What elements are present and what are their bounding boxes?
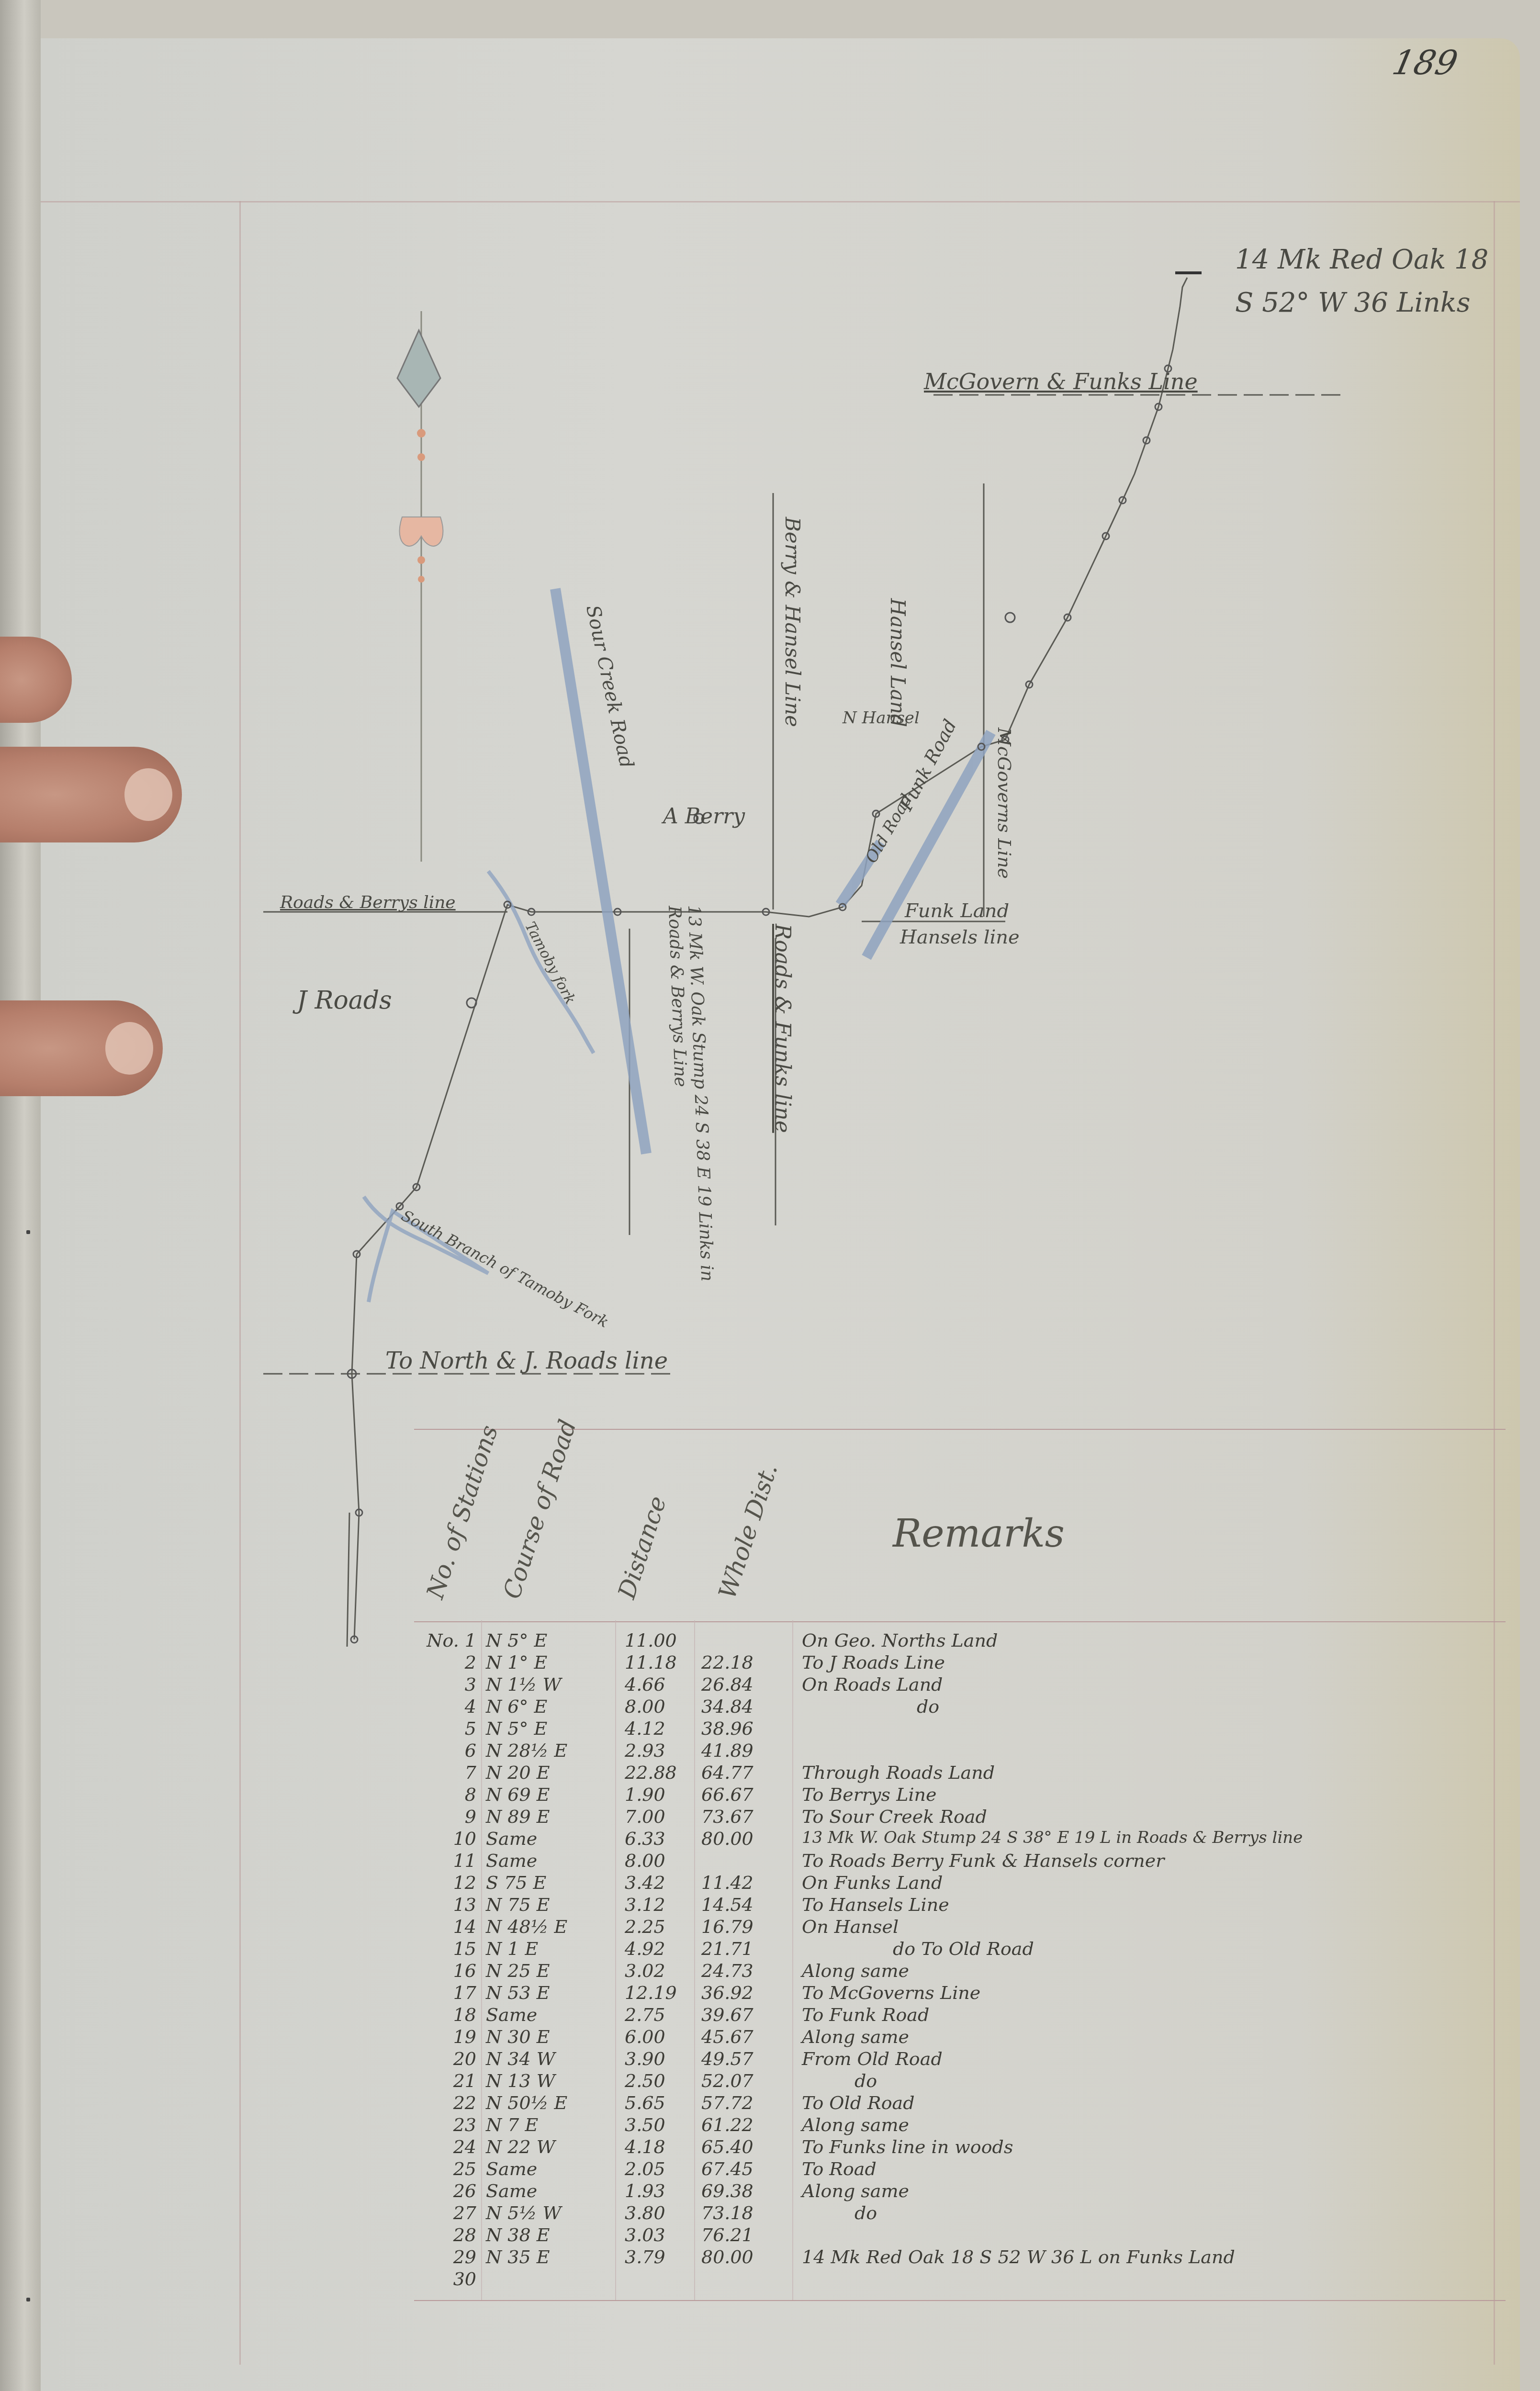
label-hansel-land: Hansel Land (886, 598, 910, 727)
label-n-hansel: N Hansel (843, 708, 920, 728)
table-header: No. of Stations Course of Road Distance … (414, 1429, 1506, 1622)
label-roads-funks-line: Roads & Funks line (770, 924, 795, 1133)
table-row: 6N 28½ E2.9341.89 (414, 1740, 1506, 1762)
table-row: 11Same8.00To Roads Berry Funk & Hansels … (414, 1850, 1506, 1872)
table-row: 27N 5½ W3.8073.18do (414, 2202, 1506, 2224)
table-row: 3N 1½ W4.6626.84On Roads Land (414, 1674, 1506, 1696)
label-mcgovern-line: McGoverns Line (994, 728, 1015, 879)
header-remarks: Remarks (893, 1511, 1065, 1556)
table-row: 29N 35 E3.7980.0014 Mk Red Oak 18 S 52 W… (414, 2246, 1506, 2268)
label-hansels-line: Hansels line (900, 926, 1020, 948)
table-row: 23N 7 E3.5061.22Along same (414, 2114, 1506, 2136)
table-row: 24N 22 W4.1865.40To Funks line in woods (414, 2136, 1506, 2158)
fingernail (105, 1022, 153, 1075)
fingernail (124, 768, 172, 821)
table-body: No. 1N 5° E11.00On Geo. Norths Land 2N 1… (414, 1630, 1506, 2290)
corner-note-line1: 14 Mk Red Oak 18 (1235, 244, 1488, 275)
table-row: 4N 6° E8.0034.84do (414, 1696, 1506, 1718)
table-row: 10Same6.3380.0013 Mk W. Oak Stump 24 S 3… (414, 1828, 1506, 1850)
table-row: 16N 25 E3.0224.73Along same (414, 1960, 1506, 1982)
label-berry-hansel-line: Berry & Hansel Line (781, 517, 804, 727)
compass-rose (397, 330, 443, 583)
header-course: Course of Road (498, 1416, 582, 1602)
table-row: 19N 30 E6.0045.67Along same (414, 2026, 1506, 2048)
label-roads-berry-line: Roads & Berrys line (280, 893, 456, 912)
table-row: No. 1N 5° E11.00On Geo. Norths Land (414, 1630, 1506, 1652)
table-row: 17N 53 E12.1936.92To McGoverns Line (414, 1982, 1506, 2004)
finger (0, 1000, 163, 1096)
table-row: 9N 89 E7.0073.67To Sour Creek Road (414, 1806, 1506, 1828)
table-row: 8N 69 E1.9066.67To Berrys Line (414, 1784, 1506, 1806)
table-row: 12S 75 E3.4211.42On Funks Land (414, 1872, 1506, 1894)
table-row: 15N 1 E4.9221.71do To Old Road (414, 1938, 1506, 1960)
table-row: 13N 75 E3.1214.54To Hansels Line (414, 1894, 1506, 1916)
table-row: 25Same2.0567.45To Road (414, 2158, 1506, 2180)
label-j-roads: J Roads (297, 986, 392, 1015)
label-funk-land: Funk Land (905, 900, 1009, 922)
table-row: 20N 34 W3.9049.57From Old Road (414, 2048, 1506, 2070)
corner-note-line2: S 52° W 36 Links (1235, 287, 1470, 318)
table-row: 5N 5° E4.1238.96 (414, 1718, 1506, 1740)
finger (0, 747, 182, 842)
table-row: 18Same2.7539.67To Funk Road (414, 2004, 1506, 2026)
label-a-berry: A Berry (663, 804, 745, 829)
label-mcgovern-funks-line: McGovern & Funks Line (924, 369, 1198, 394)
traverse-table: No. of Stations Course of Road Distance … (414, 1429, 1506, 2324)
header-stations: No. of Stations (421, 1422, 504, 1602)
header-distance: Distance (613, 1493, 672, 1602)
table-row: 22N 50½ E5.6557.72To Old Road (414, 2092, 1506, 2114)
header-whole-dist: Whole Dist. (713, 1460, 783, 1602)
table-row: 26Same1.9369.38Along same (414, 2180, 1506, 2202)
table-row: 28N 38 E3.0376.21 (414, 2224, 1506, 2246)
table-row: 30 (414, 2268, 1506, 2290)
label-north-roads-line: To North & J. Roads line (385, 1347, 668, 1374)
table-row: 2N 1° E11.1822.18To J Roads Line (414, 1652, 1506, 1674)
table-row: 7N 20 E22.8864.77Through Roads Land (414, 1762, 1506, 1784)
table-row: 14N 48½ E2.2516.79On Hansel (414, 1916, 1506, 1938)
table-bottom-rule (414, 2300, 1506, 2301)
table-row: 21N 13 W2.5052.07do (414, 2070, 1506, 2092)
